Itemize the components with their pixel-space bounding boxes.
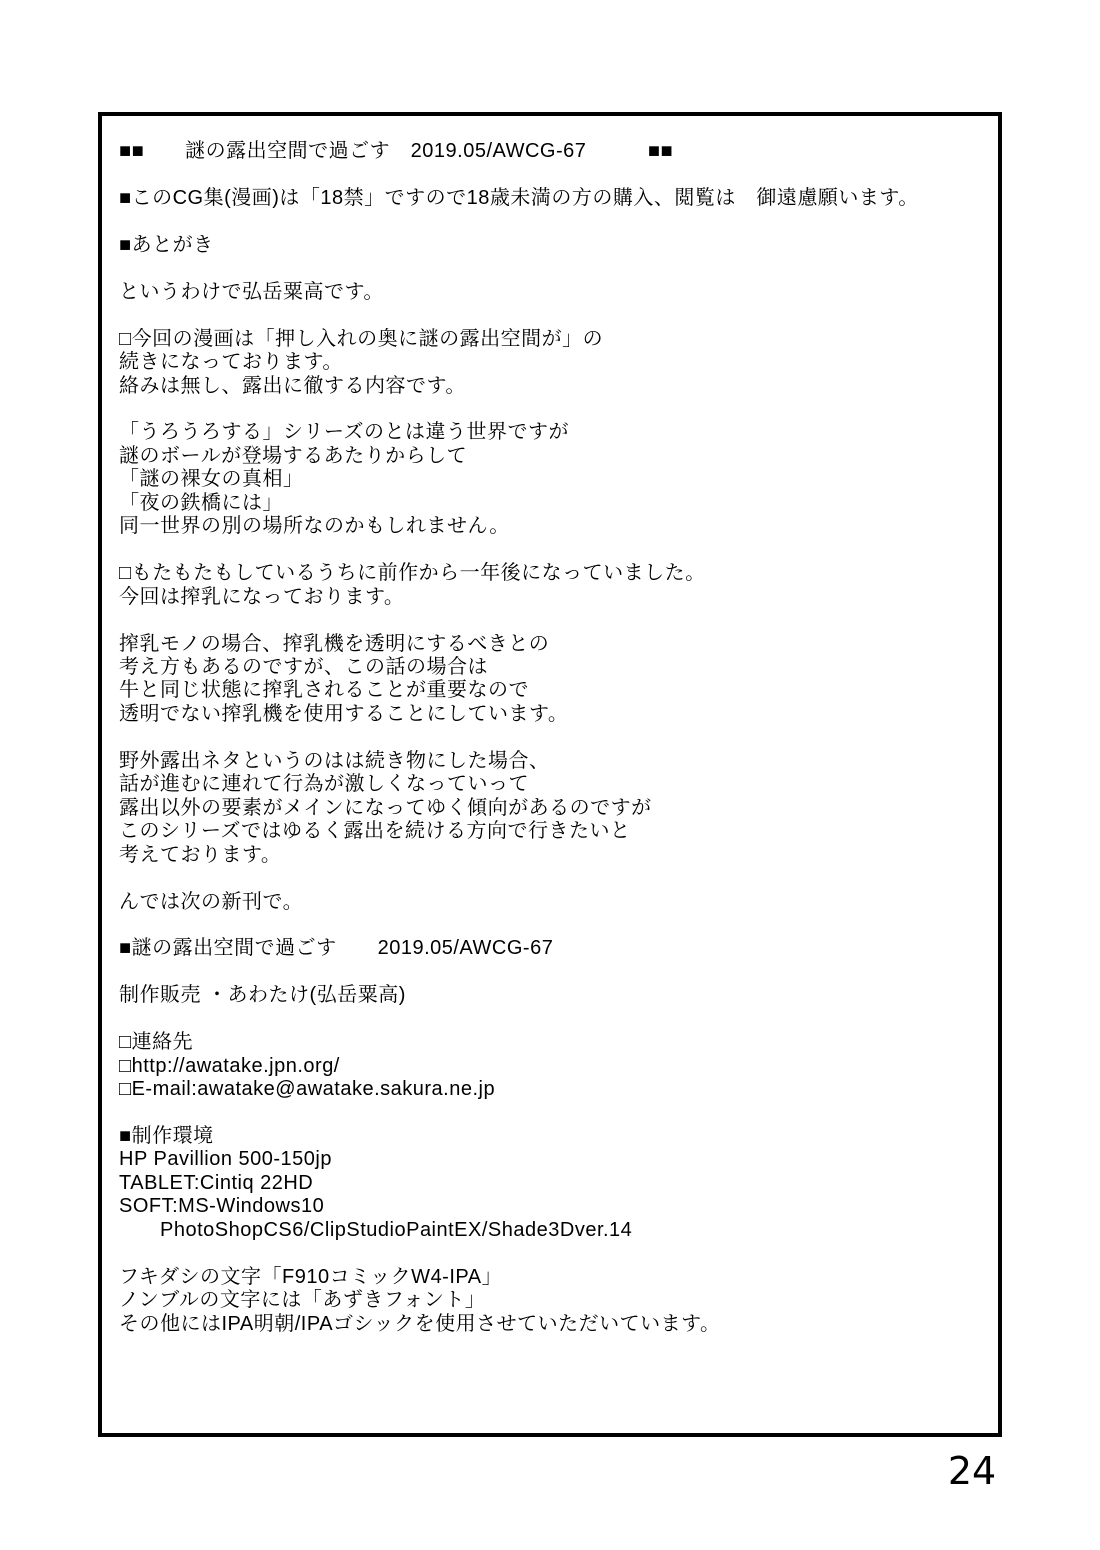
text-line [119,257,984,280]
text-line: 同一世界の別の場所なのかもしれません。 [119,515,984,538]
text-line [119,1102,984,1125]
text-line: 今回は搾乳になっております。 [119,586,984,609]
text-line [119,539,984,562]
text-line: 「うろうろする」シリーズのとは違う世界ですが [119,421,984,444]
text-line: 続きになっております。 [119,351,984,374]
text-line: □連絡先 [119,1031,984,1054]
text-line: んでは次の新刊で。 [119,891,984,914]
text-line: 考え方もあるのですが、この話の場合は [119,656,984,679]
text-line: 透明でない搾乳機を使用することにしています。 [119,703,984,726]
text-line: 野外露出ネタというのはは続き物にした場合、 [119,750,984,773]
text-line: SOFT:MS-Windows10 [119,1195,984,1218]
text-block: ■■ 謎の露出空間で過ごす 2019.05/AWCG-67 ■■ ■このCG集(… [102,116,998,1336]
text-line: このシリーズではゆるく露出を続ける方向で行きたいと [119,820,984,843]
text-line: その他にはIPA明朝/IPAゴシックを使用させていただいています。 [119,1313,984,1336]
document-page: ■■ 謎の露出空間で過ごす 2019.05/AWCG-67 ■■ ■このCG集(… [0,0,1100,1550]
text-line: TABLET:Cintiq 22HD [119,1172,984,1195]
text-line [119,304,984,327]
text-line: 絡みは無し、露出に徹する内容です。 [119,375,984,398]
text-line [119,398,984,421]
text-line: □E-mail:awatake@awatake.sakura.ne.jp [119,1078,984,1101]
text-line: ■謎の露出空間で過ごす 2019.05/AWCG-67 [119,937,984,960]
text-line [119,726,984,749]
text-line [119,867,984,890]
text-line: 搾乳モノの場合、搾乳機を透明にするべきとの [119,633,984,656]
text-line: □今回の漫画は「押し入れの奥に謎の露出空間が」の [119,328,984,351]
text-line: 露出以外の要素がメインになってゆく傾向があるのですが [119,797,984,820]
text-line: ■■ 謎の露出空間で過ごす 2019.05/AWCG-67 ■■ [119,140,984,163]
text-line: 謎のボールが登場するあたりからして [119,445,984,468]
text-line: ■あとがき [119,234,984,257]
text-line [119,609,984,632]
text-line: ■制作環境 [119,1125,984,1148]
text-line: フキダシの文字「F910コミックW4-IPA」 [119,1266,984,1289]
text-line: ノンブルの文字には「あずきフォント」 [119,1289,984,1312]
text-line [119,1242,984,1265]
text-line: というわけで弘岳粟高です。 [119,281,984,304]
text-line: 制作販売 ・あわたけ(弘岳粟高) [119,984,984,1007]
text-line: 牛と同じ状態に搾乳されることが重要なので [119,679,984,702]
text-line: 「夜の鉄橋には」 [119,492,984,515]
text-line: 考えております。 [119,844,984,867]
text-line: 話が進むに連れて行為が激しくなっていって [119,773,984,796]
text-line [119,961,984,984]
text-line: □もたもたもしているうちに前作から一年後になっていました。 [119,562,984,585]
text-line: ■このCG集(漫画)は「18禁」ですので18歳未満の方の購入、閲覧は 御遠慮願い… [119,187,984,210]
text-line: 「謎の裸女の真相」 [119,468,984,491]
text-line [119,914,984,937]
text-line [119,1008,984,1031]
text-line: □http://awatake.jpn.org/ [119,1055,984,1078]
afterword-border-box: ■■ 謎の露出空間で過ごす 2019.05/AWCG-67 ■■ ■このCG集(… [98,112,1002,1437]
page-number: 24 [942,1449,1002,1493]
text-line [119,210,984,233]
text-line: HP Pavillion 500-150jp [119,1148,984,1171]
text-line: PhotoShopCS6/ClipStudioPaintEX/Shade3Dve… [119,1219,984,1242]
text-line [119,163,984,186]
